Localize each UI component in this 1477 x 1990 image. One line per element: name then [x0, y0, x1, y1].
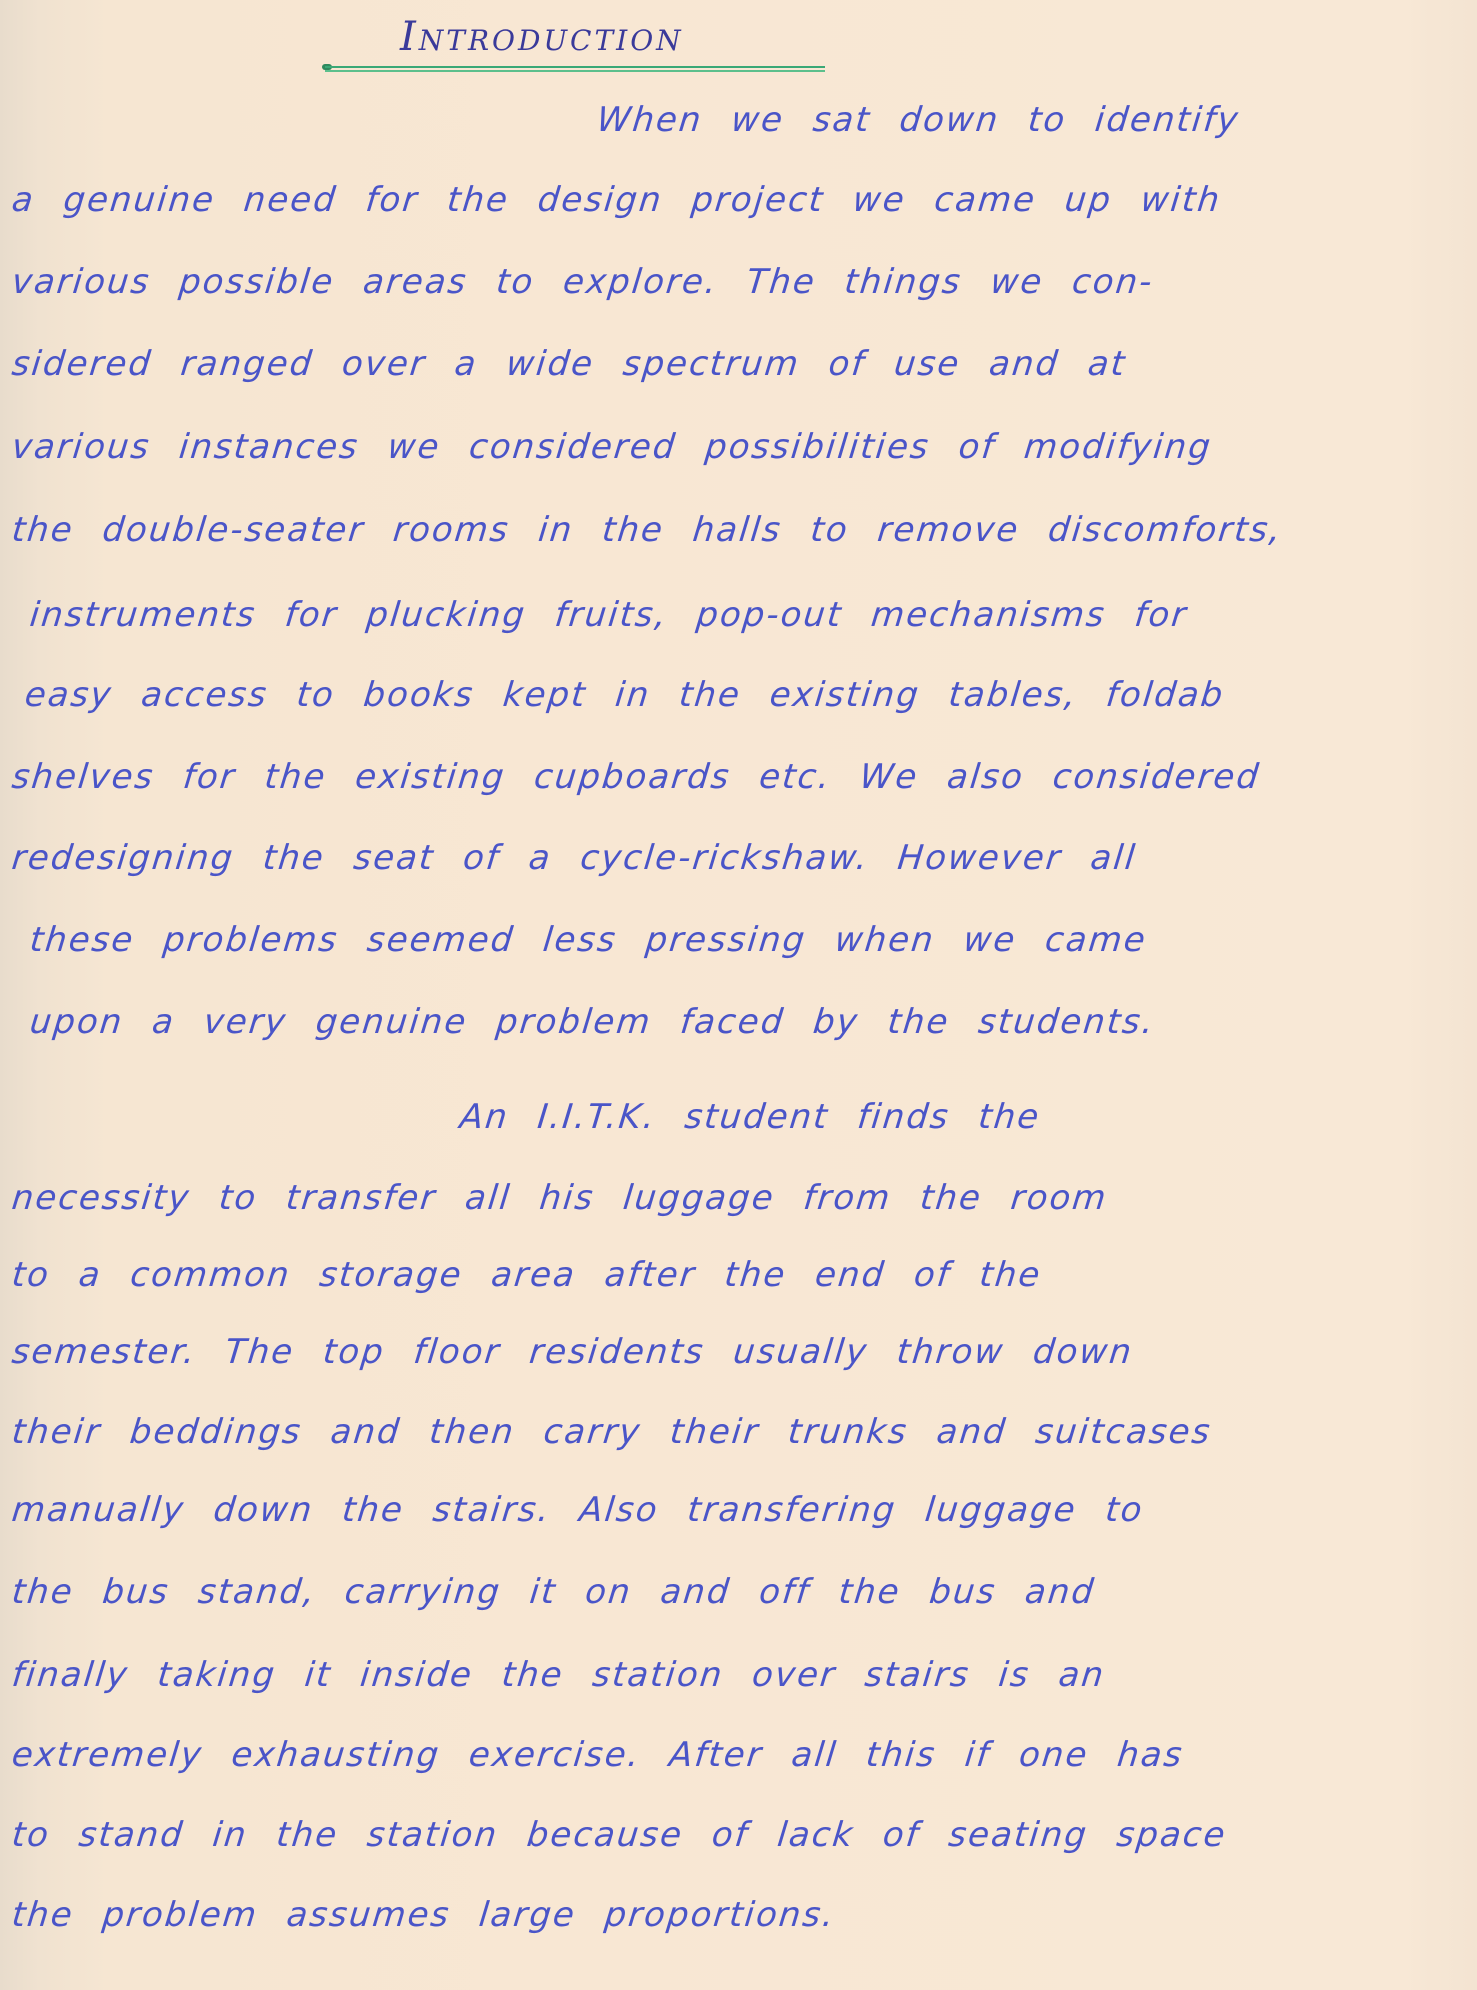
paragraph-1-line-6: the double-seater rooms in the halls to …: [10, 510, 1284, 550]
paragraph-2-line-10: to stand in the station because of lack …: [10, 1815, 1229, 1855]
paragraph-1-line-4: sidered ranged over a wide spectrum of u…: [10, 344, 1128, 384]
paragraph-1-line-1: When we sat down to identify: [595, 100, 1242, 140]
paragraph-2-line-8: finally taking it inside the station ove…: [10, 1655, 1107, 1695]
paragraph-1-line-7: instruments for plucking fruits, pop-out…: [28, 595, 1190, 635]
paragraph-1-line-5: various instances we considered possibil…: [10, 427, 1214, 467]
paragraph-2-line-9: extremely exhausting exercise. After all…: [10, 1735, 1186, 1775]
paragraph-1-line-8: easy access to books kept in the existin…: [23, 675, 1227, 715]
paragraph-2-line-5: their beddings and then carry their trun…: [10, 1412, 1214, 1452]
paragraph-2-line-4: semester. The top floor residents usuall…: [10, 1332, 1135, 1372]
paragraph-1-line-9: shelves for the existing cupboards etc. …: [10, 757, 1262, 797]
paragraph-1-line-3: various possible areas to explore. The t…: [10, 262, 1156, 302]
paragraph-2-line-7: the bus stand, carrying it on and off th…: [10, 1572, 1097, 1612]
handwritten-page: Introduction When we sat down to identif…: [0, 0, 1477, 1990]
page-heading: Introduction: [400, 14, 684, 60]
heading-underline: [325, 66, 825, 68]
paragraph-2-line-6: manually down the stairs. Also transferi…: [10, 1490, 1146, 1530]
paragraph-2-line-2: necessity to transfer all his luggage fr…: [10, 1178, 1110, 1218]
paragraph-2-line-11: the problem assumes large proportions.: [10, 1895, 837, 1935]
paragraph-2-line-1: An I.I.T.K. student finds the: [458, 1097, 1043, 1137]
paragraph-1-line-2: a genuine need for the design project we…: [10, 180, 1223, 220]
paragraph-1-line-10: redesigning the seat of a cycle-rickshaw…: [10, 838, 1139, 878]
paragraph-2-line-3: to a common storage area after the end o…: [10, 1255, 1044, 1295]
paragraph-1-line-11: these problems seemed less pressing when…: [28, 920, 1149, 960]
paragraph-1-line-12: upon a very genuine problem faced by the…: [28, 1002, 1157, 1042]
